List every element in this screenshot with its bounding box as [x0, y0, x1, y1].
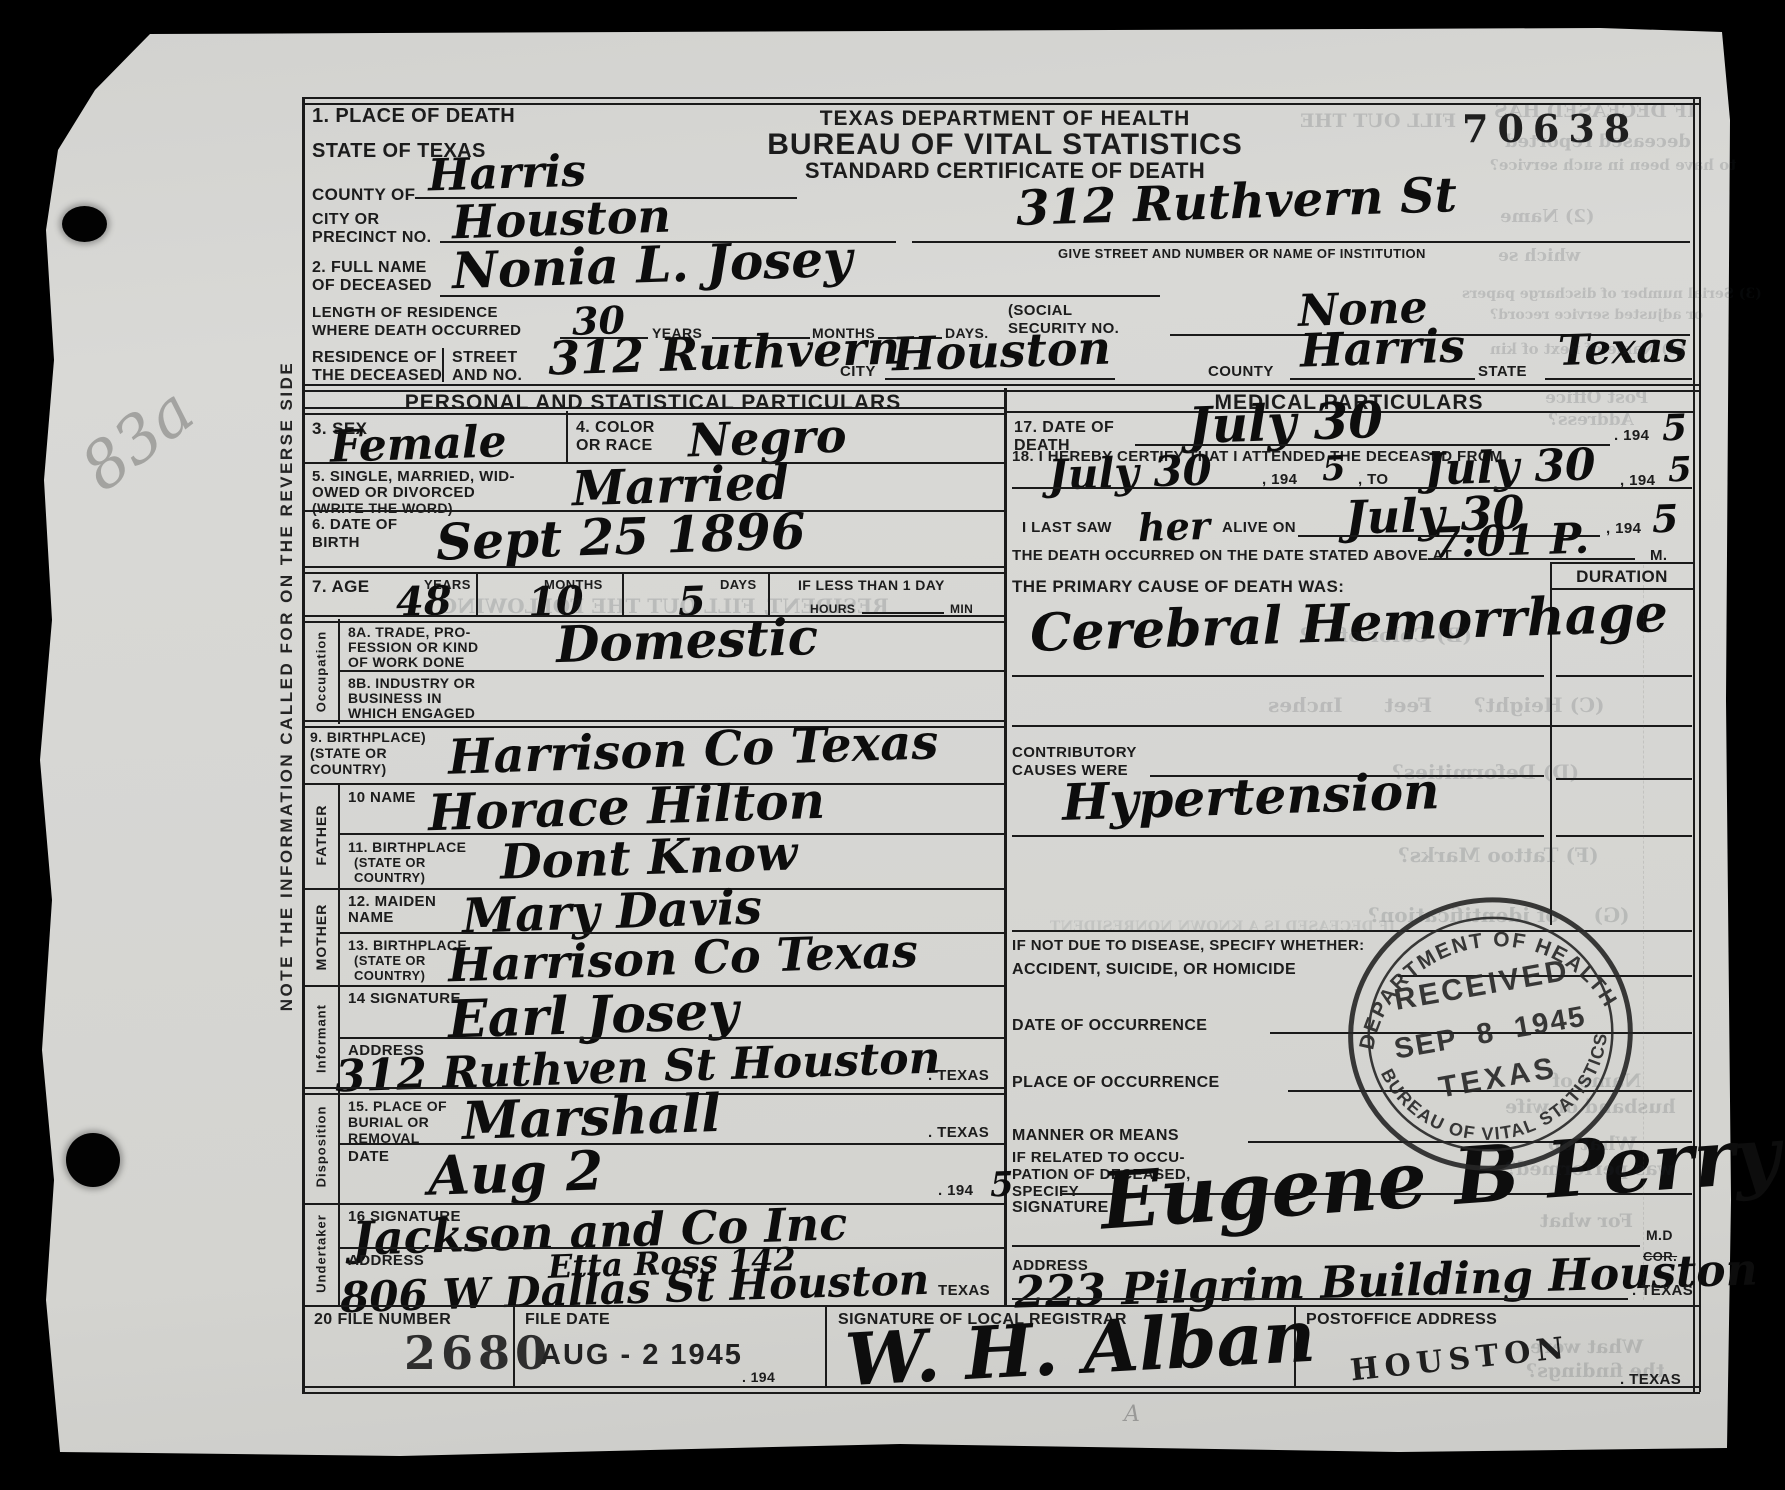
- duration-label: DURATION: [1550, 568, 1694, 585]
- father-bp-label2: (STATE OR: [354, 856, 426, 869]
- bleedthrough-text: (D) Deformities?: [1392, 762, 1579, 782]
- date-of-death-value: July 30: [1187, 395, 1384, 451]
- pencil-mark: A: [1124, 1404, 1140, 1426]
- rule: [1012, 725, 1692, 727]
- fullname-label2: OF DECEASED: [312, 278, 432, 294]
- burial-state: . TEXAS: [928, 1125, 989, 1140]
- fullname-value: Nonia L. Josey: [451, 234, 853, 297]
- rule: [338, 888, 340, 985]
- rule: [302, 1305, 1700, 1307]
- mother-side-label: MOTHER: [314, 892, 328, 982]
- rule: [1012, 835, 1544, 837]
- street-value: 312 Ruthvern St: [1015, 171, 1457, 233]
- lastsaw-year-printed: , 194: [1606, 521, 1641, 536]
- burial-date-year-hw: 5: [989, 1168, 1014, 1203]
- rule: [1545, 378, 1692, 380]
- trade-label3: OF WORK DONE: [348, 655, 465, 669]
- residence-city-value: Houston: [891, 325, 1111, 378]
- punch-hole: [62, 206, 107, 242]
- county-label: COUNTY OF: [312, 186, 415, 203]
- rule: [302, 97, 305, 1392]
- father-bp-label: 11. BIRTHPLACE: [348, 840, 466, 854]
- dob-label: 6. DATE OF: [312, 517, 397, 532]
- place-of-death-label: 1. PLACE OF DEATH: [312, 106, 515, 126]
- manner-label: MANNER OR MEANS: [1012, 1128, 1179, 1144]
- bleedthrough-text: (C) Height? Feet Inches: [1268, 695, 1604, 715]
- burial-label: 15. PLACE OF: [348, 1099, 447, 1113]
- rule: [338, 1093, 340, 1203]
- rule: [302, 566, 1004, 574]
- father-name-label: 10 NAME: [348, 790, 416, 805]
- file-date-label: FILE DATE: [525, 1312, 610, 1328]
- rule: [302, 97, 1700, 105]
- burial-label2: BURIAL OR: [348, 1115, 429, 1129]
- dob-value: Sept 25 1896: [435, 506, 806, 568]
- bleedthrough-text: the findings?: [1526, 1362, 1664, 1381]
- bleedthrough-text: or adjusted service record?: [1490, 308, 1703, 322]
- date-of-death-year-printed: . 194: [1614, 428, 1649, 443]
- bleedthrough-text: FILL OUT THE: [1300, 112, 1456, 131]
- father-bp-value: Dont Know: [499, 829, 798, 886]
- place-occurrence-label: PLACE OF OCCURRENCE: [1012, 1075, 1220, 1091]
- file-date-printed: . 194: [742, 1370, 775, 1384]
- residence-state-label: STATE: [1478, 364, 1527, 379]
- undertaker-addr-state: TEXAS: [938, 1283, 990, 1298]
- birthplace-label3: COUNTRY): [310, 762, 387, 776]
- rule: [442, 348, 444, 382]
- marital-label3: (WRITE THE WORD): [312, 501, 453, 515]
- md-label: M.D: [1646, 1228, 1673, 1242]
- mother-bp-value: Harrison Co Texas: [447, 928, 918, 989]
- trade-value: Domestic: [555, 612, 819, 670]
- ssn-label: (SOCIAL: [1008, 303, 1072, 318]
- burial-date-label: DATE: [348, 1149, 389, 1164]
- bleedthrough-text: Address?: [1548, 412, 1634, 429]
- mother-bp-label3: COUNTRY): [354, 969, 425, 982]
- industry-label2: BUSINESS IN: [348, 691, 442, 705]
- residence-city-label: CITY: [840, 364, 876, 379]
- date-of-death-label: 17. DATE OF: [1014, 420, 1114, 436]
- marital-label2: OWED OR DIVORCED: [312, 485, 475, 500]
- residence-county-label: COUNTY: [1208, 364, 1274, 379]
- birthplace-label: 9. BIRTHPLACE): [310, 730, 426, 744]
- margin-note-vertical: NOTE THE INFORMATION CALLED FOR ON THE R…: [277, 251, 297, 1121]
- rule: [885, 378, 1115, 380]
- residence-label2: THE DECEASED: [312, 368, 442, 384]
- age-label: 7. AGE: [312, 578, 370, 595]
- certify-to-label: , TO: [1358, 472, 1389, 487]
- undertaker-addr-label: ADDRESS: [348, 1253, 424, 1268]
- certify-from-year-printed: , 194: [1262, 472, 1297, 487]
- residence-county-value: Harris: [1299, 322, 1465, 373]
- accident-label: ACCIDENT, SUICIDE, OR HOMICIDE: [1012, 962, 1296, 978]
- rule: [825, 1305, 827, 1388]
- rule: [1012, 1245, 1640, 1247]
- occupation-side-label: Occupation: [315, 627, 328, 717]
- residence-street-label2: AND NO.: [452, 368, 522, 384]
- bleedthrough-text: (2) Name: [1500, 208, 1594, 226]
- file-number-stamp: 2680: [404, 1330, 552, 1376]
- certify-to-year-printed: , 194: [1620, 473, 1655, 488]
- fullname-label: 2. FULL NAME: [312, 260, 427, 276]
- maiden-label: 12. MAIDEN: [348, 894, 436, 909]
- bleedthrough-text: IF DECEASED IS A KNOWN NONRESIDENT: [1050, 920, 1395, 934]
- color-race-label2: OR RACE: [576, 438, 653, 454]
- bleedthrough-text: which se: [1498, 248, 1580, 265]
- birthplace-value: Harrison Co Texas: [447, 718, 939, 781]
- color-race-label: 4. COLOR: [576, 420, 655, 436]
- informant-addr-state: . TEXAS: [928, 1068, 989, 1083]
- rule: [1556, 835, 1692, 837]
- lastsaw-label: I LAST SAW: [1022, 520, 1112, 535]
- residence-label: RESIDENCE OF: [312, 350, 437, 366]
- rule: [1428, 558, 1635, 560]
- residence-street-label: STREET: [452, 350, 518, 366]
- bleedthrough-text: What were: [1530, 1338, 1643, 1357]
- rule: [338, 670, 1004, 672]
- related-label3: SPECIFY: [1012, 1184, 1079, 1199]
- trade-label2: FESSION OR KIND: [348, 640, 478, 654]
- occurred-label: THE DEATH OCCURRED ON THE DATE STATED AB…: [1012, 548, 1452, 563]
- marital-label: 5. SINGLE, MARRIED, WID-: [312, 469, 515, 484]
- mother-bp-label2: (STATE OR: [354, 954, 426, 967]
- occurred-m-label: M.: [1650, 548, 1667, 563]
- lastsaw-hw: her: [1137, 507, 1210, 547]
- bleedthrough-rule: [1643, 565, 1644, 1300]
- age-days-label: DAYS: [720, 578, 757, 591]
- min-label: MIN: [950, 603, 973, 615]
- scanned-death-certificate: 83a A NOTE THE INFORMATION CALLED FOR ON…: [0, 0, 1785, 1490]
- burial-date-year-printed: . 194: [938, 1183, 973, 1198]
- dept-title: TEXAS DEPARTMENT OF HEALTH: [660, 108, 1350, 129]
- bleedthrough-text: was performed?: [1505, 1160, 1674, 1179]
- rule: [338, 783, 340, 888]
- physician-signature-label: SIGNATURE: [1012, 1200, 1109, 1216]
- lastsaw-year-hw: 5: [1651, 500, 1679, 539]
- date-occurrence-label: DATE OF OCCURRENCE: [1012, 1018, 1207, 1034]
- physician-addr-state: . TEXAS: [1632, 1283, 1693, 1298]
- rule: [1012, 1298, 1628, 1300]
- date-of-death-year-hw: 5: [1661, 410, 1687, 447]
- primary-cause-label: THE PRIMARY CAUSE OF DEATH WAS:: [1012, 578, 1344, 595]
- city-label2: PRECINCT NO.: [312, 230, 431, 246]
- undertaker-side-label: Undertaker: [315, 1209, 328, 1299]
- father-side-label: FATHER: [314, 790, 328, 880]
- if-less-label: IF LESS THAN 1 DAY: [798, 578, 945, 592]
- certify-from-year-hw: 5: [1321, 452, 1346, 487]
- bleedthrough-text: What op: [1548, 1135, 1637, 1154]
- rule: [566, 411, 568, 462]
- bleedthrough-text: husband or wife: [1505, 1098, 1676, 1117]
- maiden-label2: NAME: [348, 910, 394, 925]
- rule: [1556, 675, 1692, 677]
- certify-from-value: July 30: [1047, 449, 1212, 496]
- bleedthrough-text: to have been in such service?: [1490, 158, 1736, 173]
- birthplace-label2: (STATE OR: [310, 746, 387, 760]
- industry-label3: WHICH ENGAGED: [348, 706, 475, 720]
- father-bp-label3: COUNTRY): [354, 871, 425, 884]
- rule: [440, 295, 1160, 297]
- bleedthrough-text: (B) Color of ?: [1300, 625, 1472, 645]
- industry-label: 8B. INDUSTRY OR: [348, 676, 475, 690]
- rule: [302, 407, 1004, 415]
- postoffice-label: POSTOFFICE ADDRESS: [1306, 1312, 1497, 1328]
- contributory-value: Hypertension: [1061, 766, 1440, 828]
- rule: [1550, 562, 1694, 564]
- bleedthrough-text: For what: [1540, 1212, 1633, 1231]
- city-label: CITY OR: [312, 212, 379, 228]
- rule: [1012, 487, 1692, 489]
- bleedthrough-text: Name of: [1552, 1072, 1641, 1091]
- ifnot-label: IF NOT DUE TO DISEASE, SPECIFY WHETHER:: [1012, 938, 1365, 953]
- certify-to-year-hw: 5: [1667, 453, 1692, 488]
- bleedthrough-text: (G) of identification?: [1368, 905, 1630, 925]
- bleedthrough-text: RESIDENT, FILL OUT THE FOLLOWING: [440, 596, 889, 616]
- dob-label2: BIRTH: [312, 535, 360, 550]
- rule: [1012, 675, 1544, 677]
- trade-label: 8A. TRADE, PRO-: [348, 625, 471, 639]
- length-residence-label: LENGTH OF RESIDENCE: [312, 305, 498, 320]
- bleedthrough-text: deceased reported: [1505, 133, 1691, 151]
- bleedthrough-text: (3) Serial number of discharge papers: [1462, 287, 1762, 301]
- bureau-title: BUREAU OF VITAL STATISTICS: [660, 130, 1350, 160]
- street-caption: GIVE STREET AND NUMBER OR NAME OF INSTIT…: [1058, 247, 1426, 260]
- informant-side-label: Informant: [315, 994, 328, 1084]
- informant-sig-label: 14 SIGNATURE: [348, 991, 461, 1006]
- file-date-stamp: AUG - 2 1945: [540, 1341, 743, 1370]
- bleedthrough-text: IF DECEASED HAS: [1494, 102, 1696, 121]
- rule: [912, 241, 1690, 243]
- burial-date-value: Aug 2: [427, 1143, 604, 1202]
- lastsaw-label2: ALIVE ON: [1222, 520, 1296, 535]
- bleedthrough-text: Post Office: [1545, 390, 1648, 407]
- punch-hole: [66, 1133, 120, 1187]
- length-residence-label2: WHERE DEATH OCCURRED: [312, 323, 521, 338]
- contributory-label: CONTRIBUTORY: [1012, 745, 1137, 760]
- bleedthrough-text: (4) Name of next of kin: [1490, 342, 1686, 357]
- disposition-side-label: Disposition: [315, 1102, 328, 1192]
- rule: [1290, 378, 1475, 380]
- bleedthrough-text: (F) Tattoo Marks?: [1398, 845, 1599, 865]
